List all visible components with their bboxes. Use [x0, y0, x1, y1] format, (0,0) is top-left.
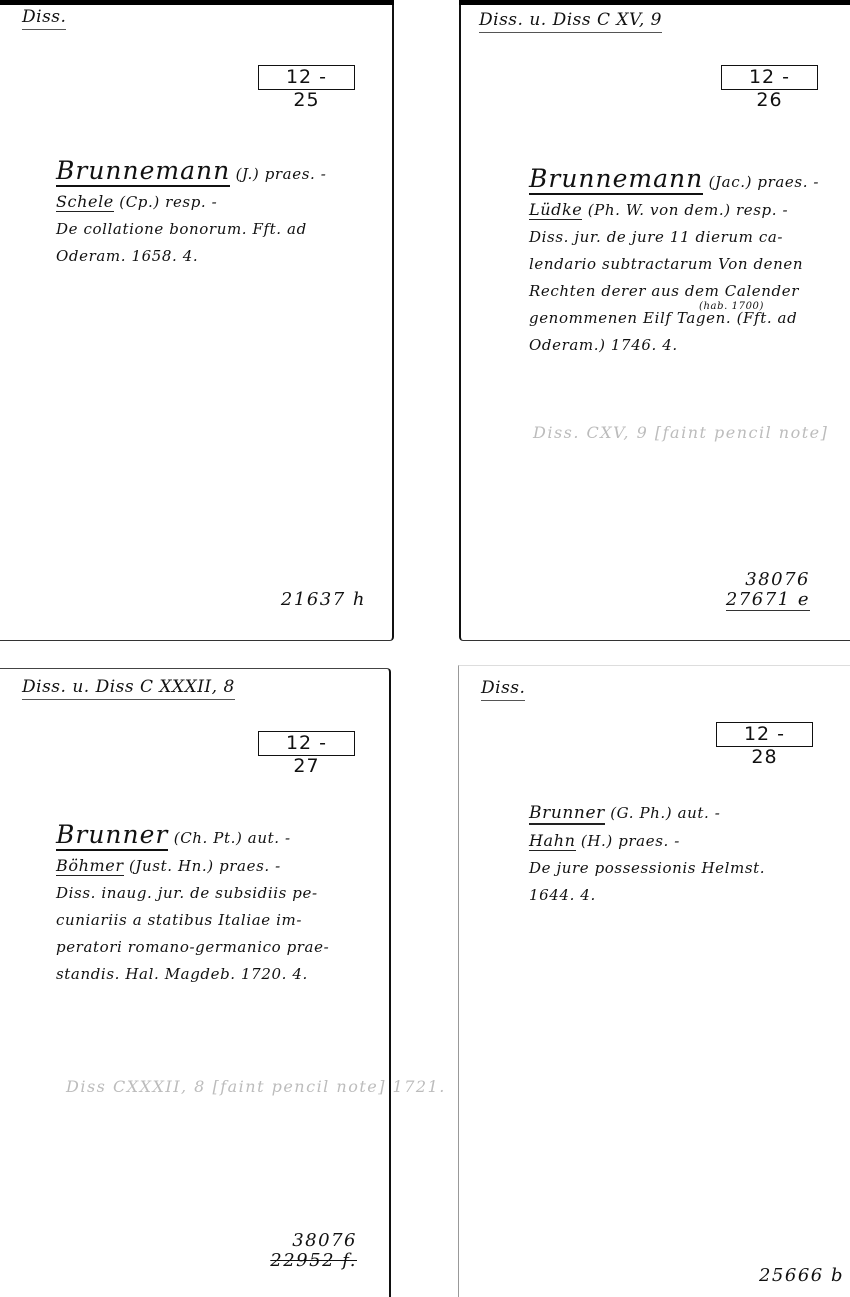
- faint-pencil-note: Diss CXXXII, 8 [faint pencil note] 1721.: [66, 1077, 446, 1096]
- author-name: Brunner: [56, 820, 168, 851]
- accession-number: 38076: [726, 570, 810, 590]
- accession-numbers: 25666 b: [759, 1266, 844, 1286]
- call-number: 12 - 28: [716, 722, 813, 747]
- author-name: Brunnemann: [529, 164, 703, 195]
- accession-numbers: 38076 22952 f.: [270, 1231, 357, 1271]
- accession-number: 27671 e: [726, 590, 810, 611]
- title-line: 1644. 4.: [529, 882, 765, 909]
- call-number: 12 - 26: [721, 65, 818, 90]
- catalog-card-12-26: Diss. u. Diss C XV, 9 12 - 26 Brunnemann…: [459, 5, 850, 641]
- catalog-card-12-25: Diss. 12 - 25 Brunnemann (J.) praes. - S…: [0, 5, 394, 641]
- author-role: (G. Ph.) aut. -: [610, 804, 720, 822]
- respondent-name: Lüdke: [529, 200, 582, 220]
- catalog-entry: Brunner (Ch. Pt.) aut. - Böhmer (Just. H…: [56, 821, 329, 988]
- title-line: standis. Hal. Magdeb. 1720. 4.: [56, 961, 329, 988]
- interlinear-note: (hab. 1700): [699, 293, 764, 320]
- shelf-mark: Diss.: [481, 678, 525, 701]
- respondent-role: (Cp.) resp. -: [119, 193, 217, 211]
- title-line: Diss. inaug. jur. de subsidiis pe-: [56, 880, 329, 907]
- praeses-role: (H.) praes. -: [581, 832, 680, 850]
- accession-numbers: 21637 h: [281, 590, 366, 610]
- praeses-role: (Just. Hn.) praes. -: [129, 857, 281, 875]
- title-line: Oderam.) 1746. 4.: [529, 332, 819, 359]
- call-number: 12 - 27: [258, 731, 355, 756]
- respondent-name: Schele: [56, 192, 114, 212]
- shelf-mark: Diss. u. Diss C XV, 9: [479, 10, 662, 33]
- author-role: (J.) praes. -: [236, 165, 327, 183]
- title-line: Diss. jur. de jure 11 dierum ca-: [529, 224, 819, 251]
- shelf-mark: Diss. u. Diss C XXXII, 8: [22, 677, 235, 700]
- praeses-name: Böhmer: [56, 856, 124, 876]
- catalog-card-12-27: Diss. u. Diss C XXXII, 8 12 - 27 Brunner…: [0, 668, 391, 1297]
- title-line: De collatione bonorum. Fft. ad: [56, 216, 326, 243]
- title-line: peratori romano-germanico prae-: [56, 934, 329, 961]
- accession-number: 25666 b: [759, 1266, 844, 1286]
- catalog-entry: Brunnemann (Jac.) praes. - Lüdke (Ph. W.…: [529, 165, 819, 359]
- praeses-name: Hahn: [529, 831, 576, 851]
- catalog-entry: Brunnemann (J.) praes. - Schele (Cp.) re…: [56, 157, 326, 270]
- title-line: Oderam. 1658. 4.: [56, 243, 326, 270]
- title-line: genommenen Eilf Tagen. (Fft. ad (hab. 17…: [529, 305, 819, 332]
- author-name: Brunner: [529, 803, 605, 825]
- call-number: 12 - 25: [258, 65, 355, 90]
- author-name: Brunnemann: [56, 156, 230, 187]
- author-role: (Ch. Pt.) aut. -: [174, 829, 291, 847]
- respondent-role: (Ph. W. von dem.) resp. -: [588, 201, 788, 219]
- catalog-card-12-28: Diss. 12 - 28 Brunner (G. Ph.) aut. - Ha…: [458, 665, 850, 1297]
- title-line: cuniariis a statibus Italiae im-: [56, 907, 329, 934]
- title-line: lendario subtractarum Von denen: [529, 251, 819, 278]
- shelf-mark: Diss.: [22, 7, 66, 30]
- faint-pencil-note: Diss. CXV, 9 [faint pencil note]: [533, 423, 828, 442]
- title-line: De jure possessionis Helmst.: [529, 855, 765, 882]
- accession-number: 38076: [270, 1231, 357, 1251]
- author-role: (Jac.) praes. -: [709, 173, 820, 191]
- accession-numbers: 38076 27671 e: [726, 570, 810, 611]
- accession-number-struck: 22952 f.: [270, 1251, 357, 1271]
- title-line: Rechten derer aus dem Calender: [529, 278, 819, 305]
- accession-number: 21637 h: [281, 590, 366, 610]
- catalog-entry: Brunner (G. Ph.) aut. - Hahn (H.) praes.…: [529, 800, 765, 909]
